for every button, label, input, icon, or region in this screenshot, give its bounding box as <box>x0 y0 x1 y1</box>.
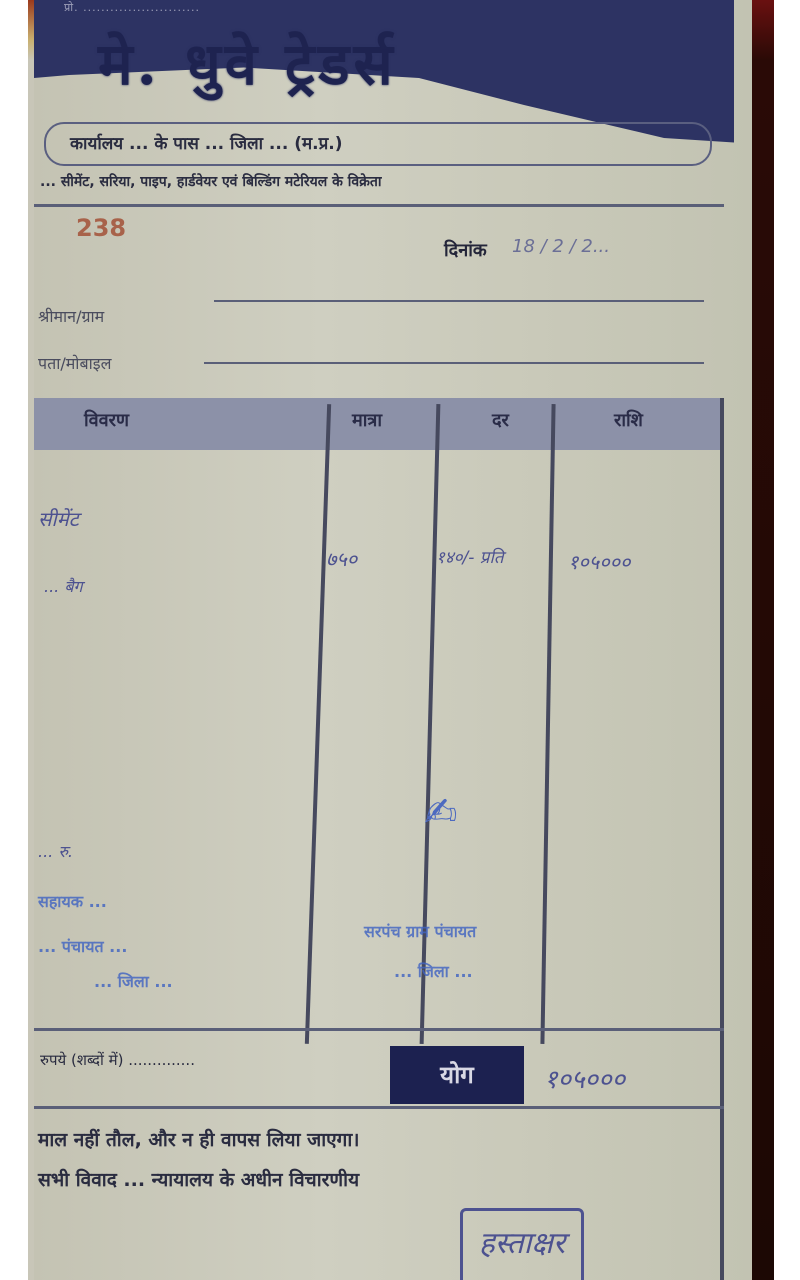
table-bottom-line <box>34 1028 724 1031</box>
footer-terms-line: सभी विवाद ... न्यायालय के अधीन विचारणीय <box>38 1166 359 1192</box>
column-amount: राशि <box>614 408 643 432</box>
header-top-strip: प्रो. .......................... <box>64 0 584 16</box>
column-divider <box>420 404 441 1044</box>
customer-address-label: पता/मोबाइल <box>38 352 111 374</box>
center-signature: ✍ <box>424 790 458 836</box>
total-value: १०५००० <box>544 1060 625 1096</box>
item-description-note: ... बैग <box>44 575 83 597</box>
amount-in-words: रुपये (शब्दों में) .............. <box>40 1050 195 1070</box>
photo-edge-right <box>752 0 774 1280</box>
column-divider <box>540 404 555 1044</box>
item-amount: १०५००० <box>568 548 630 575</box>
column-rate: दर <box>492 408 509 432</box>
date-label: दिनांक <box>444 238 487 262</box>
customer-name-line <box>214 300 704 302</box>
total-label: योग <box>390 1046 524 1104</box>
bill-paper: प्रो. .......................... मे. धुव… <box>34 0 754 1280</box>
column-description: विवरण <box>84 408 129 432</box>
table-header: विवरण मात्रा दर राशि <box>34 398 724 450</box>
footer-terms-line: माल नहीं तौल, और न ही वापस लिया जाएगा। <box>38 1126 359 1152</box>
column-divider <box>305 404 331 1044</box>
bill-number: 238 <box>76 214 126 242</box>
left-stamp-line: ... पंचायत ... <box>38 935 127 957</box>
shop-address: कार्यालय ... के पास ... जिला ... (म.प्र.… <box>44 122 712 166</box>
header-divider <box>34 204 724 207</box>
table-right-border <box>720 398 724 1280</box>
item-description: सीमेंट <box>38 505 79 532</box>
item-quantity: ७५० <box>326 545 357 572</box>
center-stamp-line: ... जिला ... <box>394 960 473 982</box>
customer-address-line <box>204 362 704 364</box>
left-stamp-line: ... जिला ... <box>94 970 173 992</box>
date-value: 18 / 2 / 2... <box>512 236 610 257</box>
column-quantity: मात्रा <box>352 408 382 432</box>
dealer-description: ... सीमेंट, सरिया, पाइप, हार्डवेयर एवं ब… <box>40 172 720 191</box>
signature-stamp: हस्ताक्षर <box>460 1208 584 1280</box>
shop-name: मे. धुवे ट्रेडर्स <box>98 22 397 101</box>
customer-name-label: श्रीमान/ग्राम <box>38 305 104 327</box>
left-signature-note: ... रु. <box>38 840 73 862</box>
left-stamp-line: सहायक ... <box>38 890 107 912</box>
center-stamp-line: सरपंच ग्राम पंचायत <box>364 920 476 942</box>
total-bottom-line <box>34 1106 724 1109</box>
item-rate: १४०/- प्रति <box>436 545 504 568</box>
